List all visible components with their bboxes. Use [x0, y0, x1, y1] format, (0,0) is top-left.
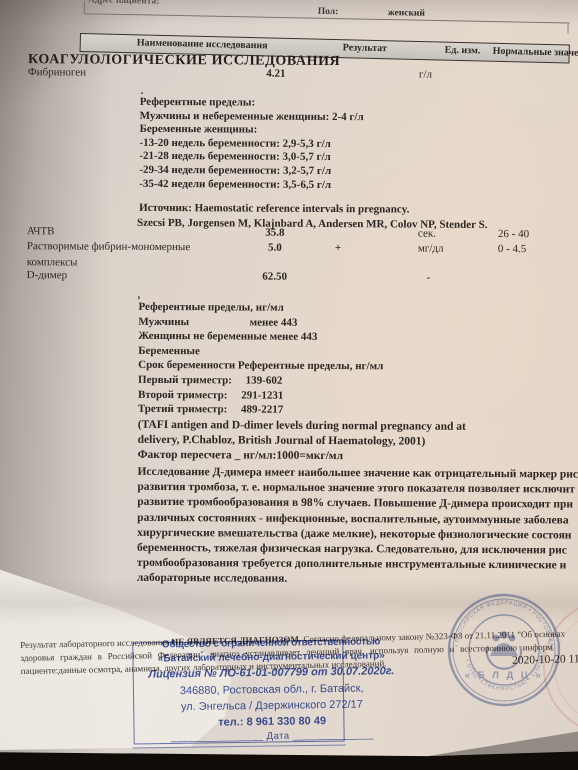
- test-name: АЧТВ: [27, 225, 55, 237]
- test-name: Растворимые фибрин-мономерные: [27, 240, 190, 253]
- stamp-phone-line: тел.: 8 961 330 80 49: [119, 714, 425, 730]
- citation-line: (TAFI antigen and D-dimer levels during …: [138, 418, 466, 435]
- test-result: 4.21: [238, 67, 314, 79]
- seal-emblem: [487, 631, 521, 669]
- citation-line: delivery, P.Chabloz, British Journal of …: [138, 432, 466, 449]
- test-normal-range: 26 - 40: [498, 228, 529, 240]
- stamp-license-line: Лицензия № ЛО-61-01-007799 от 30.07.2020…: [118, 665, 424, 681]
- tafi-citation: (TAFI antigen and D-dimer levels during …: [138, 418, 466, 449]
- test-units: -: [427, 272, 431, 284]
- ref-line: -29-34 недели беременности: 3,2-5,7 г/л: [139, 164, 363, 179]
- table-row-ddimer: D-димер 62.50 -: [0, 269, 577, 287]
- lab-report-photo: Адрес пациента: Пол: женский Наименовани…: [0, 0, 578, 770]
- ref-line: Женщины не беременные менее 443: [138, 329, 383, 345]
- ref-line: Референтные пределы:: [140, 96, 364, 111]
- ref-line: Мужчины и небеременные женщины: 2-4 г/л: [140, 109, 364, 124]
- test-result: 35.8: [237, 226, 313, 238]
- test-flag: +: [335, 242, 341, 254]
- ref-line: Третий триместр: 489-2217: [138, 402, 383, 418]
- table-row-sfmc: Растворимые фибрин-мономерные 5.0 + мг/д…: [0, 240, 577, 258]
- ref-line: Срок беременности Референтные пределы, н…: [138, 358, 383, 374]
- test-name: Фибриноген: [28, 66, 86, 78]
- ddimer-reference-block: Референтные пределы, нг/мл Мужчины менее…: [138, 300, 384, 418]
- ref-line: Беременные женщины:: [140, 123, 364, 138]
- test-name: D-димер: [27, 269, 68, 281]
- ref-line: Беременные: [138, 344, 383, 360]
- interpretation-paragraph: Исследование Д-димера имеет наибольшее з…: [137, 465, 578, 590]
- clinic-stamp: Общество с ограниченной ответственностью…: [118, 636, 425, 744]
- test-units: мг/дл: [418, 243, 444, 255]
- test-result: 62.50: [237, 270, 313, 282]
- ref-line: -35-42 недели беременности: 3,5-6,5 г/л: [139, 177, 363, 192]
- fibrinogen-reference-block: Референтные пределы: Мужчины и неберемен…: [139, 96, 364, 193]
- ref-line: -21-28 недель беременности: 3,0-5,7 г/л: [139, 150, 363, 165]
- test-units: г/л: [419, 69, 432, 81]
- ref-line: Второй триместр: 291-1231: [138, 387, 383, 403]
- ref-line: -13-20 недель беременности: 2,9-5,3 г/л: [139, 137, 363, 152]
- test-normal-range: 0 - 4.5: [498, 243, 526, 255]
- test-result: 5.0: [237, 241, 313, 253]
- ref-line: Референтные пределы, нг/мл: [138, 300, 383, 316]
- conversion-factor-line: Фактор пересчета _ нг/мл:1000=мкг/мл: [138, 449, 344, 462]
- ref-line: Первый триместр: 139-602: [138, 373, 383, 389]
- test-name-continuation: комплексы: [27, 256, 78, 268]
- stamp-address-line: ул. Энгельса / Дзержинского 272/17: [119, 698, 425, 714]
- table-row-fibrinogen: Фибриноген 4.21 г/л: [0, 66, 578, 84]
- seal-center-text: « Б Л Д Ц »: [465, 670, 543, 681]
- test-units: сек.: [418, 228, 436, 240]
- stamp-address-line: 346880, Ростовская обл., г. Батайск,: [119, 682, 425, 698]
- round-seal: • РОССИЙСКАЯ ФЕДЕРАЦИЯ • РОСТОВСКАЯ ОБЛА…: [444, 586, 564, 716]
- ref-line: Мужчины менее 443: [138, 314, 383, 330]
- stamp-org-line: «Батайский лечебно-диагностический центр…: [118, 650, 424, 665]
